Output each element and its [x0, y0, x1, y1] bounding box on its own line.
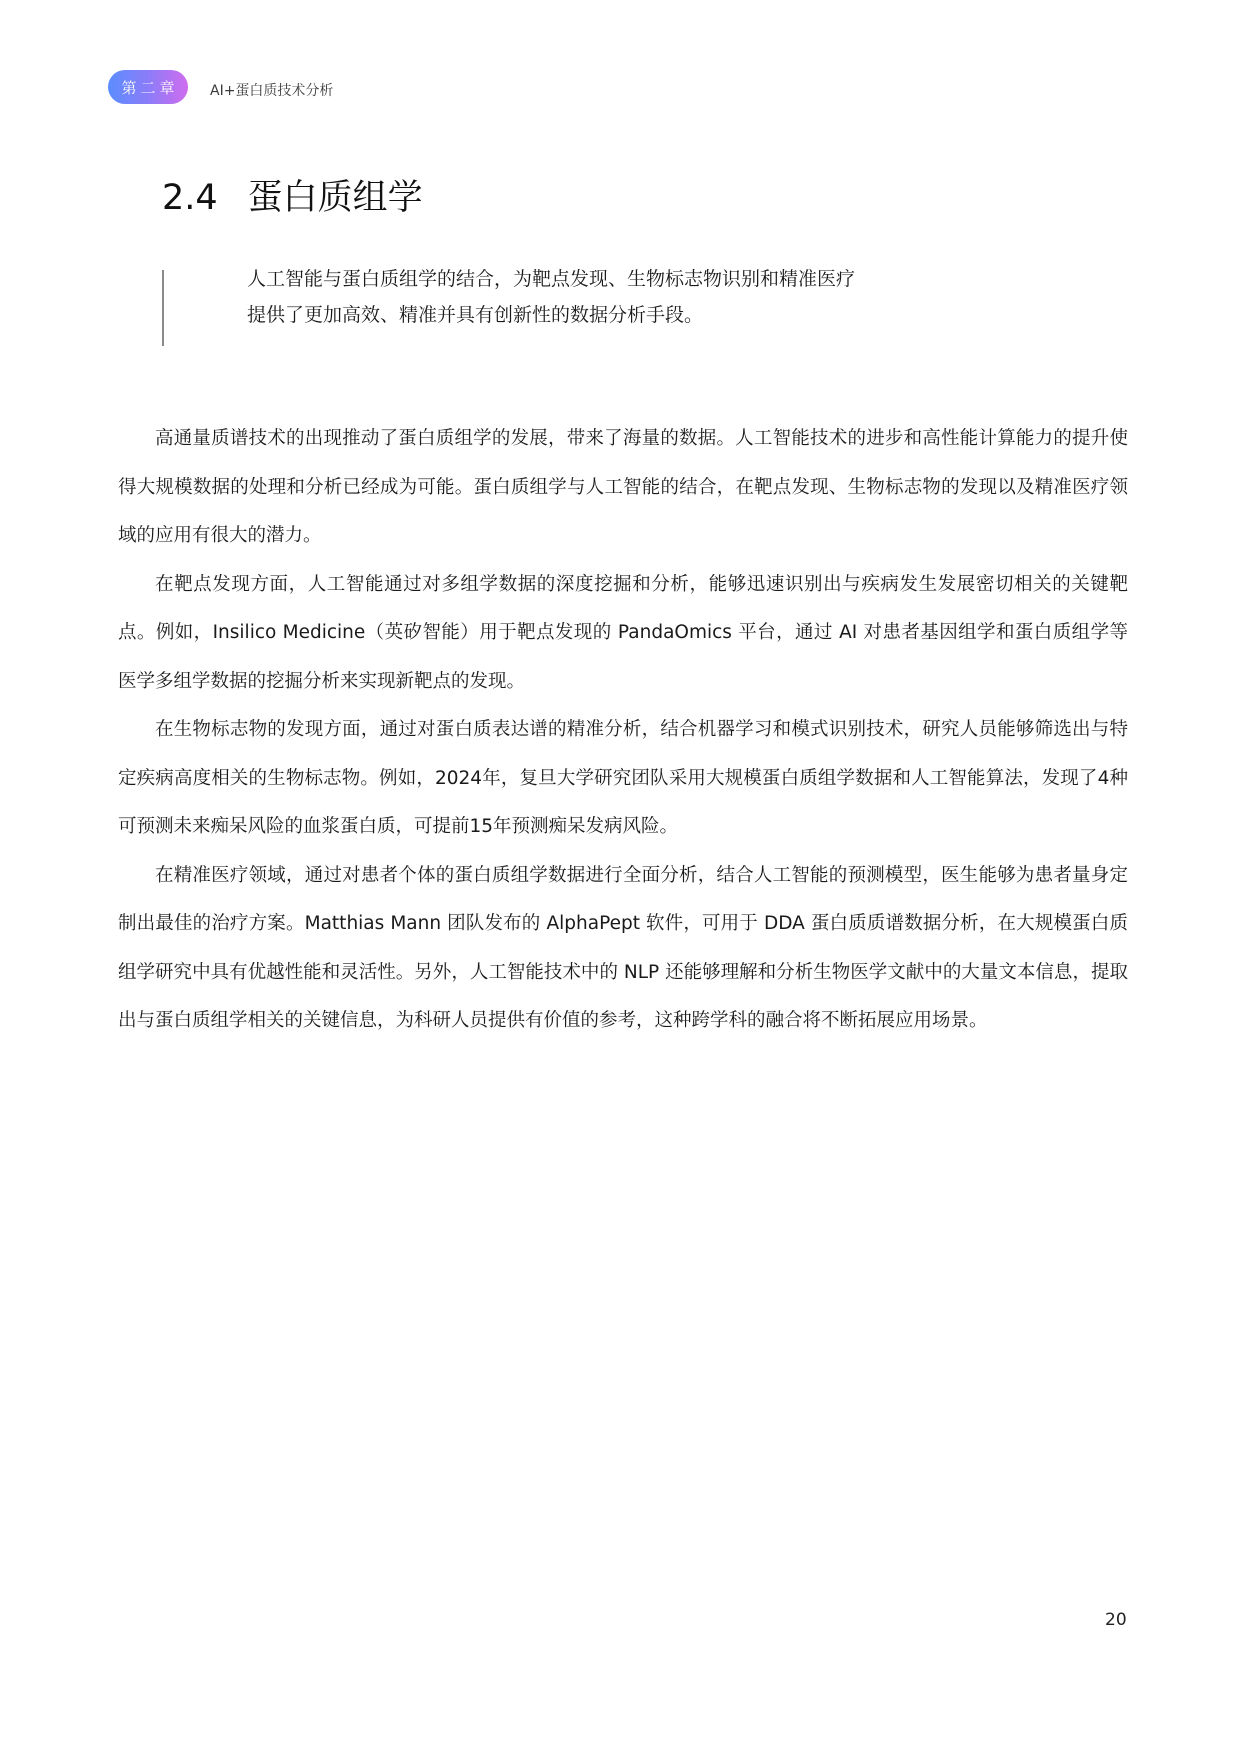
quote-bar	[162, 270, 164, 346]
header-title: AI+蛋白质技术分析	[210, 74, 333, 100]
chapter-badge: 第二章	[108, 70, 188, 104]
paragraph: 在靶点发现方面，人工智能通过对多组学数据的深度挖掘和分析，能够迅速识别出与疾病发…	[118, 561, 1128, 707]
page-header: 第二章 AI+蛋白质技术分析	[108, 70, 333, 104]
section-title: 蛋白质组学	[248, 170, 423, 220]
body-text: 高通量质谱技术的出现推动了蛋白质组学的发展，带来了海量的数据。人工智能技术的进步…	[118, 415, 1128, 1046]
pull-quote-line: 提供了更加高效、精准并具有创新性的数据分析手段。	[247, 290, 967, 340]
page-number: 20	[1105, 1610, 1127, 1630]
paragraph: 高通量质谱技术的出现推动了蛋白质组学的发展，带来了海量的数据。人工智能技术的进步…	[118, 415, 1128, 561]
paragraph: 在生物标志物的发现方面，通过对蛋白质表达谱的精准分析，结合机器学习和模式识别技术…	[118, 706, 1128, 852]
pull-quote: 人工智能与蛋白质组学的结合，为靶点发现、生物标志物识别和精准医疗 提供了更加高效…	[247, 268, 967, 340]
section-number: 2.4	[162, 178, 218, 218]
paragraph: 在精准医疗领域，通过对患者个体的蛋白质组学数据进行全面分析，结合人工智能的预测模…	[118, 852, 1128, 1046]
section-heading: 2.4 蛋白质组学	[162, 170, 423, 220]
